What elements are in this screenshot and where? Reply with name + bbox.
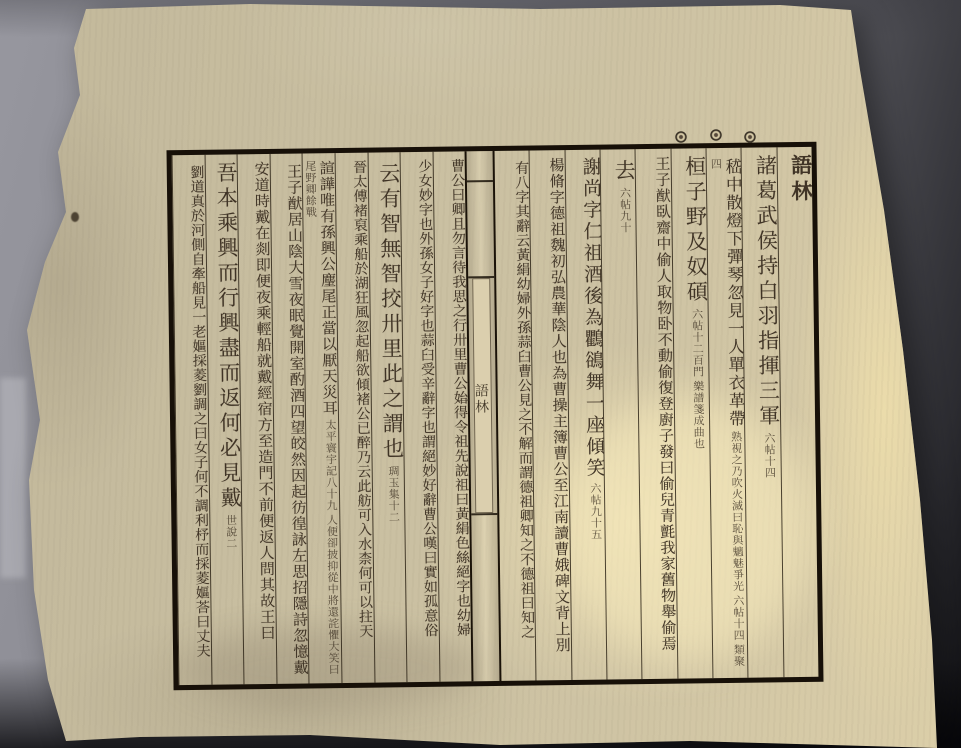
- citation-note: 六帖九十: [618, 187, 632, 233]
- paper-wrap: 曹公曰卿且勿言待我思之行卅里曹公始得令祖先說祖曰黃絹色絲絕字也幼婦少女妙字也外孫…: [0, 0, 961, 748]
- citation-note: 六帖九十五: [589, 482, 603, 540]
- citation-note: 琱玉集十二: [387, 465, 401, 523]
- column-text: 語林: [789, 154, 815, 206]
- banxin-leaf-number: 一: [452, 394, 471, 409]
- banxin-title: 語林: [471, 383, 491, 415]
- binding-hole-icon: [744, 131, 756, 143]
- column-text: 去: [612, 159, 636, 184]
- citation-note: 六帖十二百門: [691, 308, 705, 377]
- paper-stain: [71, 212, 79, 222]
- citation-note: 六帖十四: [763, 432, 777, 478]
- citation-note: 太平寰宇記八十九: [324, 419, 338, 511]
- right-page: 語林諸葛武侯持白羽指揮三軍六帖十四嵇中散燈下彈琴忽見一人單衣革帶熟視之乃吹火滅曰…: [495, 147, 819, 681]
- banxin-strip: 語林 一: [472, 278, 493, 513]
- text-column: 語林: [776, 147, 818, 677]
- citation-note: 熟視之乃吹火滅曰恥與魑魅爭光: [730, 431, 745, 592]
- printed-frame: 曹公曰卿且勿言待我思之行卅里曹公始得令祖先說祖曰黃絹色絲絕字也幼婦少女妙字也外孫…: [166, 142, 823, 690]
- citation-note: 六帖十四: [732, 595, 746, 641]
- scanned-book-spread: 曹公曰卿且勿言待我思之行卅里曹公始得令祖先說祖曰黃絹色絲絕字也幼婦少女妙字也外孫…: [0, 0, 961, 748]
- citation-note: 世說二: [224, 514, 237, 549]
- paper-sheet: 曹公曰卿且勿言待我思之行卅里曹公始得令祖先說祖曰黃絹色絲絕字也幼婦少女妙字也外孫…: [0, 0, 961, 748]
- binding-hole-icon: [675, 131, 687, 143]
- gutter-tick: [472, 513, 498, 515]
- gutter-tick: [467, 180, 493, 182]
- citation-note: 樂譜箋成曲也: [692, 380, 706, 449]
- column-text: 桓子野及奴碩: [683, 155, 709, 305]
- binding-hole-icon: [710, 129, 722, 141]
- left-page: 曹公曰卿且勿言待我思之行卅里曹公始得令祖先說祖曰黃絹色絲絕字也幼婦少女妙字也外孫…: [172, 151, 472, 685]
